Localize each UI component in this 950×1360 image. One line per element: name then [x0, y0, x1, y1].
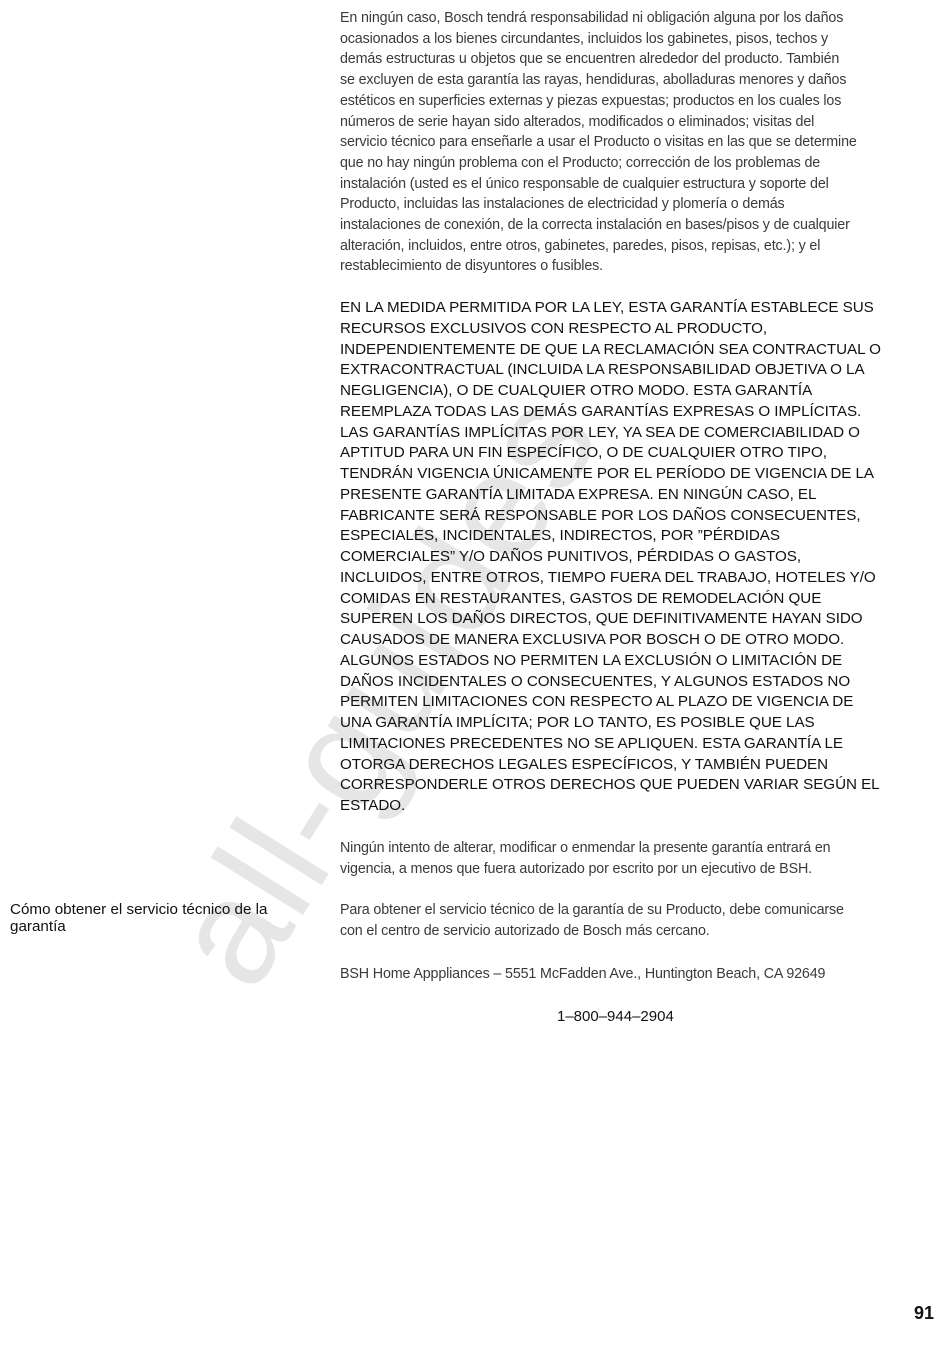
text-line: NEGLIGENCIA), O DE CUALQUIER OTRO MODO. …	[340, 381, 940, 402]
text-line: LAS GARANTÍAS IMPLÍCITAS POR LEY, YA SEA…	[340, 423, 940, 444]
paragraph-legal-disclaimer: EN LA MEDIDA PERMITIDA POR LA LEY, ESTA …	[340, 298, 940, 817]
phone-number: 1–800–944–2904	[557, 1008, 674, 1025]
text-line: FABRICANTE SERÁ RESPONSABLE POR LOS DAÑO…	[340, 506, 940, 527]
text-line: ocasionados a los bienes circundantes, i…	[340, 29, 940, 50]
text-line: demás estructuras u objetos que se encue…	[340, 49, 940, 70]
text-line: instalaciones de conexión, de la correct…	[340, 215, 940, 236]
text-line: DAÑOS INCIDENTALES O CONSECUENTES, Y ALG…	[340, 672, 940, 693]
text-line: APTITUD PARA UN FIN ESPECÍFICO, O DE CUA…	[340, 443, 940, 464]
text-line: ALGUNOS ESTADOS NO PERMITEN LA EXCLUSIÓN…	[340, 651, 940, 672]
text-line: En ningún caso, Bosch tendrá responsabil…	[340, 8, 940, 29]
text-line: Ningún intento de alterar, modificar o e…	[340, 838, 940, 859]
text-line: estéticos en superficies externas y piez…	[340, 91, 940, 112]
text-line: servicio técnico para enseñarle a usar e…	[340, 132, 940, 153]
text-line: PERMITEN LIMITACIONES CON RESPECTO AL PL…	[340, 692, 940, 713]
text-line: se excluyen de esta garantía las rayas, …	[340, 70, 940, 91]
text-line: OTORGA DERECHOS LEGALES ESPECÍFICOS, Y T…	[340, 755, 940, 776]
text-line: EN LA MEDIDA PERMITIDA POR LA LEY, ESTA …	[340, 298, 940, 319]
paragraph-exclusions: En ningún caso, Bosch tendrá responsabil…	[340, 8, 940, 277]
text-line: BSH Home Apppliances – 5551 McFadden Ave…	[340, 964, 940, 985]
text-line: Producto, incluidas las instalaciones de…	[340, 194, 940, 215]
document-page: all-guides Cómo obtener el servicio técn…	[0, 0, 950, 1360]
text-line: LIMITACIONES PRECEDENTES NO SE APLIQUEN.…	[340, 734, 940, 755]
text-line: con el centro de servicio autorizado de …	[340, 921, 940, 942]
text-line: alteración, incluidos, entre otros, gabi…	[340, 236, 940, 257]
text-line: instalación (usted es el único responsab…	[340, 174, 940, 195]
text-line: RECURSOS EXCLUSIVOS CON RESPECTO AL PROD…	[340, 319, 940, 340]
page-number: 91	[914, 1303, 934, 1324]
text-line: EXTRACONTRACTUAL (INCLUIDA LA RESPONSABI…	[340, 360, 940, 381]
text-line: números de serie hayan sido alterados, m…	[340, 112, 940, 133]
paragraph-no-modification: Ningún intento de alterar, modificar o e…	[340, 838, 940, 879]
text-line: restablecimiento de disyuntores o fusibl…	[340, 256, 940, 277]
text-line: TENDRÁN VIGENCIA ÚNICAMENTE POR EL PERÍO…	[340, 464, 940, 485]
text-line: PRESENTE GARANTÍA LIMITADA EXPRESA. EN N…	[340, 485, 940, 506]
text-line: vigencia, a menos que fuera autorizado p…	[340, 859, 940, 880]
text-line: ESTADO.	[340, 796, 940, 817]
text-line: CAUSADOS DE MANERA EXCLUSIVA POR BOSCH O…	[340, 630, 940, 651]
text-line: CORRESPONDERLE OTROS DERECHOS QUE PUEDEN…	[340, 775, 940, 796]
text-line: INDEPENDIENTEMENTE DE QUE LA RECLAMACIÓN…	[340, 340, 940, 361]
text-line: INCLUIDOS, ENTRE OTROS, TIEMPO FUERA DEL…	[340, 568, 940, 589]
text-line: UNA GARANTÍA IMPLÍCITA; POR LO TANTO, ES…	[340, 713, 940, 734]
section-heading-warranty-service: Cómo obtener el servicio técnico de la g…	[10, 901, 310, 935]
paragraph-address: BSH Home Apppliances – 5551 McFadden Ave…	[340, 964, 940, 985]
text-line: que no hay ningún problema con el Produc…	[340, 153, 940, 174]
text-line: ESPECIALES, INCIDENTALES, INDIRECTOS, PO…	[340, 526, 940, 547]
text-line: Para obtener el servicio técnico de la g…	[340, 900, 940, 921]
text-line: COMIDAS EN RESTAURANTES, GASTOS DE REMOD…	[340, 589, 940, 610]
text-line: COMERCIALES” Y/O DAÑOS PUNITIVOS, PÉRDID…	[340, 547, 940, 568]
text-line: REEMPLAZA TODAS LAS DEMÁS GARANTÍAS EXPR…	[340, 402, 940, 423]
text-line: SUPEREN LOS DAÑOS DIRECTOS, QUE DEFINITI…	[340, 609, 940, 630]
paragraph-service-contact: Para obtener el servicio técnico de la g…	[340, 900, 940, 941]
